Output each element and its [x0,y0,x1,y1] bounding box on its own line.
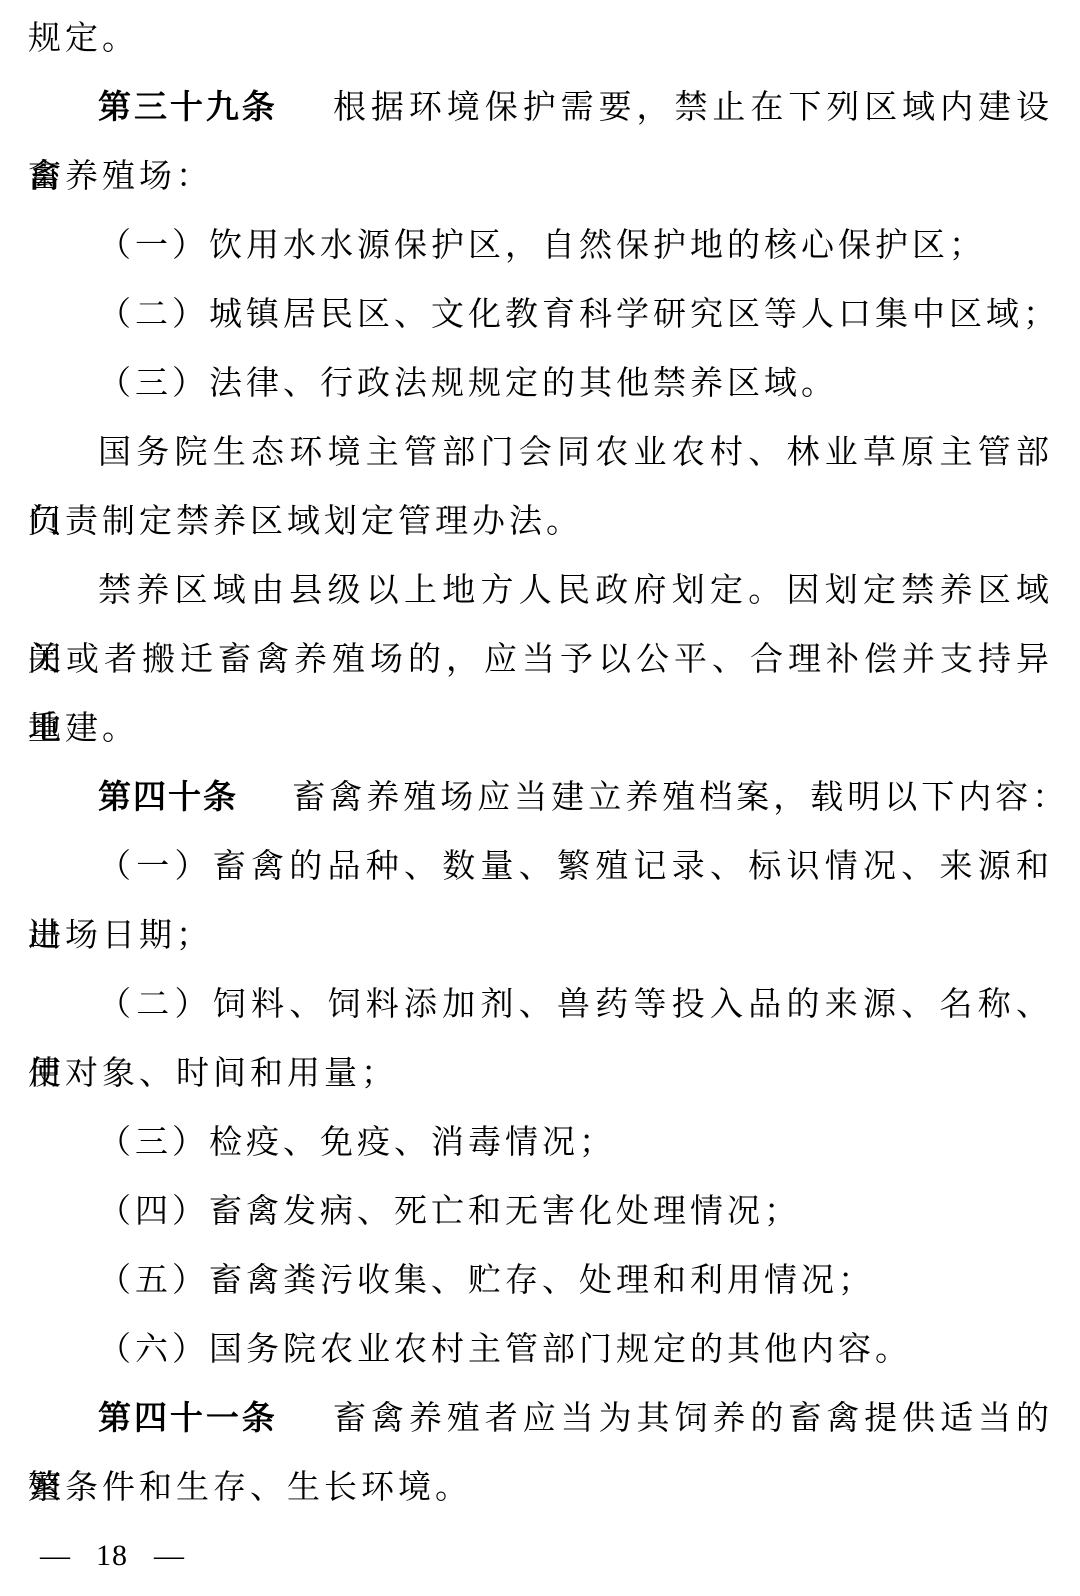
text-line: （三）检疫、免疫、消毒情况； [28,1109,1053,1178]
text-line: 出场日期； [28,902,1053,971]
line-text: （三）检疫、免疫、消毒情况； [98,1125,616,1161]
document-page: 规定。 第三十九条 根据环境保护需要，禁止在下列区域内建设畜 禽养殖场： （一）… [0,0,1080,1596]
text-line: 禽养殖场： [28,143,1053,212]
text-line: （二）饲料、饲料添加剂、兽药等投入品的来源、名称、使 [28,971,1053,1040]
text-line: （五）畜禽粪污收集、贮存、处理和利用情况； [28,1247,1053,1316]
text-line: （四）畜禽发病、死亡和无害化处理情况； [28,1178,1053,1247]
text-line: （一）饮用水水源保护区，自然保护地的核心保护区； [28,212,1053,281]
text-line: 殖条件和生存、生长环境。 [28,1454,1053,1523]
text-line: 规定。 [28,5,1053,74]
footer-dash-left: — [40,1539,70,1573]
page-footer: — 18 — [0,1539,1080,1573]
article-number-heading: 第四十条 [98,780,238,816]
line-text: 殖条件和生存、生长环境。 [28,1470,472,1506]
text-line: 重建。 [28,695,1053,764]
page-number: 18 [96,1539,128,1573]
article-number-heading: 第三十九条 [98,90,278,126]
text-line: 负责制定禁养区域划定管理办法。 [28,488,1053,557]
text-line: 禁养区域由县级以上地方人民政府划定。因划定禁养区域关 [28,557,1053,626]
line-text: 负责制定禁养区域划定管理办法。 [28,504,583,540]
line-text: 禽养殖场： [28,159,213,195]
line-text: 用对象、时间和用量； [28,1056,398,1092]
text-line: （六）国务院农业农村主管部门规定的其他内容。 [28,1316,1053,1385]
text-line: （二）城镇居民区、文化教育科学研究区等人口集中区域； [28,281,1053,350]
line-text: （六）国务院农业农村主管部门规定的其他内容。 [98,1332,912,1368]
line-text: 重建。 [28,711,139,747]
text-line: 国务院生态环境主管部门会同农业农村、林业草原主管部门 [28,419,1053,488]
text-line: 第四十一条 畜禽养殖者应当为其饲养的畜禽提供适当的繁 [28,1385,1053,1454]
text-line: 第四十条 畜禽养殖场应当建立养殖档案，载明以下内容： [28,764,1053,833]
text-lines: 规定。 第三十九条 根据环境保护需要，禁止在下列区域内建设畜 禽养殖场： （一）… [0,0,1080,1523]
footer-dash-right: — [154,1539,184,1573]
text-line: 用对象、时间和用量； [28,1040,1053,1109]
text-line: 闭或者搬迁畜禽养殖场的，应当予以公平、合理补偿并支持异地 [28,626,1053,695]
line-text: （二）城镇居民区、文化教育科学研究区等人口集中区域； [98,297,1060,333]
line-text: 规定。 [28,21,139,57]
line-text: （五）畜禽粪污收集、贮存、处理和利用情况； [98,1263,875,1299]
line-text: 畜禽养殖场应当建立养殖档案，载明以下内容： [292,780,1069,816]
line-text: （三）法律、行政法规规定的其他禁养区域。 [98,366,838,402]
line-text: （四）畜禽发病、死亡和无害化处理情况； [98,1194,801,1230]
text-line: （三）法律、行政法规规定的其他禁养区域。 [28,350,1053,419]
text-line: 第三十九条 根据环境保护需要，禁止在下列区域内建设畜 [28,74,1053,143]
line-text: 出场日期； [28,918,213,954]
text-line: （一）畜禽的品种、数量、繁殖记录、标识情况、来源和进 [28,833,1053,902]
line-text: （一）饮用水水源保护区，自然保护地的核心保护区； [98,228,986,264]
article-number-heading: 第四十一条 [98,1401,278,1437]
